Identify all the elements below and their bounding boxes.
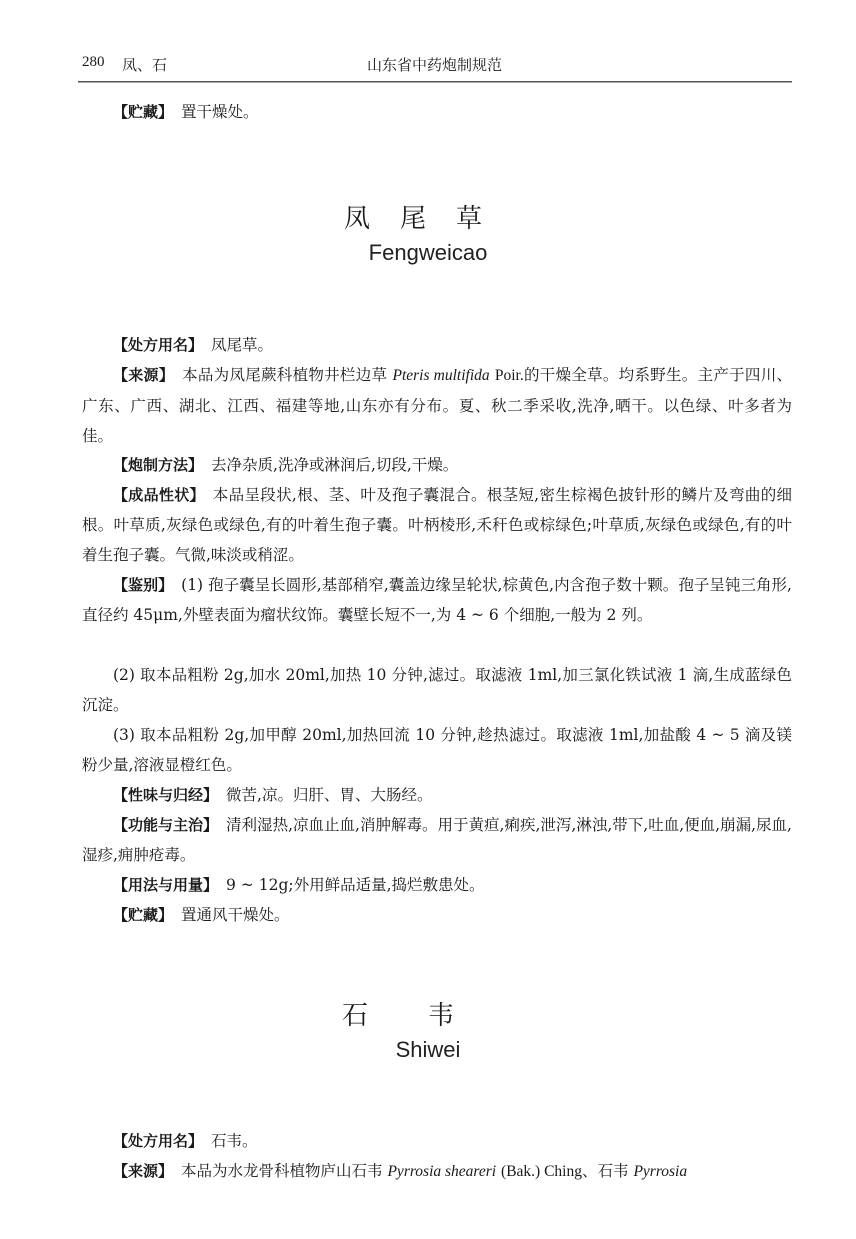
source-section: 【来源】本品为凤尾蕨科植物井栏边草 Pteris multifida Poir.… (82, 360, 792, 451)
function-indication: 【功能与主治】清利湿热,凉血止血,消肿解毒。用于黄疸,痢疾,泄泻,淋浊,带下,吐… (82, 810, 792, 870)
prescription-name: 【处方用名】凤尾草。 (82, 330, 792, 360)
nature-meridian: 【性味与归经】微苦,凉。归肝、胃、大肠经。 (82, 780, 792, 810)
page-header: 280 凤、石 山东省中药炮制规范 (82, 52, 792, 78)
identification-3: (3) 取本品粗粉 2g,加甲醇 20ml,加热回流 10 分钟,趁热滤过。取滤… (82, 720, 792, 780)
identification-1: 【鉴别】(1) 孢子囊呈长圆形,基部稍窄,囊盖边缘呈轮状,棕黄色,内含孢子数十颗… (82, 570, 792, 630)
page-number: 280 (82, 54, 105, 71)
entry-title-pinyin: Fengweicao (0, 240, 856, 266)
entry2-title-chinese: 石韦 (0, 995, 856, 1032)
identification-2: (2) 取本品粗粉 2g,加水 20ml,加热 10 分钟,滤过。取滤液 1ml… (82, 660, 792, 720)
storage: 【贮藏】置通风干燥处。 (82, 900, 792, 930)
entry2-title-pinyin: Shiwei (0, 1037, 856, 1063)
header-divider (78, 81, 792, 83)
entry-title-chinese: 凤尾草 (0, 198, 856, 235)
entry2-source-section: 【来源】本品为水龙骨科植物庐山石韦 Pyrrosia sheareri (Bak… (82, 1156, 792, 1187)
book-title: 山东省中药炮制规范 (367, 54, 502, 75)
usage-dosage: 【用法与用量】9 ~ 12g;外用鲜品适量,捣烂敷患处。 (82, 870, 792, 900)
prev-storage: 【贮藏】置干燥处。 (82, 97, 792, 127)
product-characteristics: 【成品性状】本品呈段状,根、茎、叶及孢子囊混合。根茎短,密生棕褐色披针形的鳞片及… (82, 480, 792, 570)
entry2-prescription-name: 【处方用名】石韦。 (82, 1126, 792, 1156)
latin-name: Pteris multifida (392, 367, 489, 384)
processing-method: 【炮制方法】去净杂质,洗净或淋润后,切段,干燥。 (82, 450, 792, 480)
chapter-label: 凤、石 (122, 54, 167, 75)
